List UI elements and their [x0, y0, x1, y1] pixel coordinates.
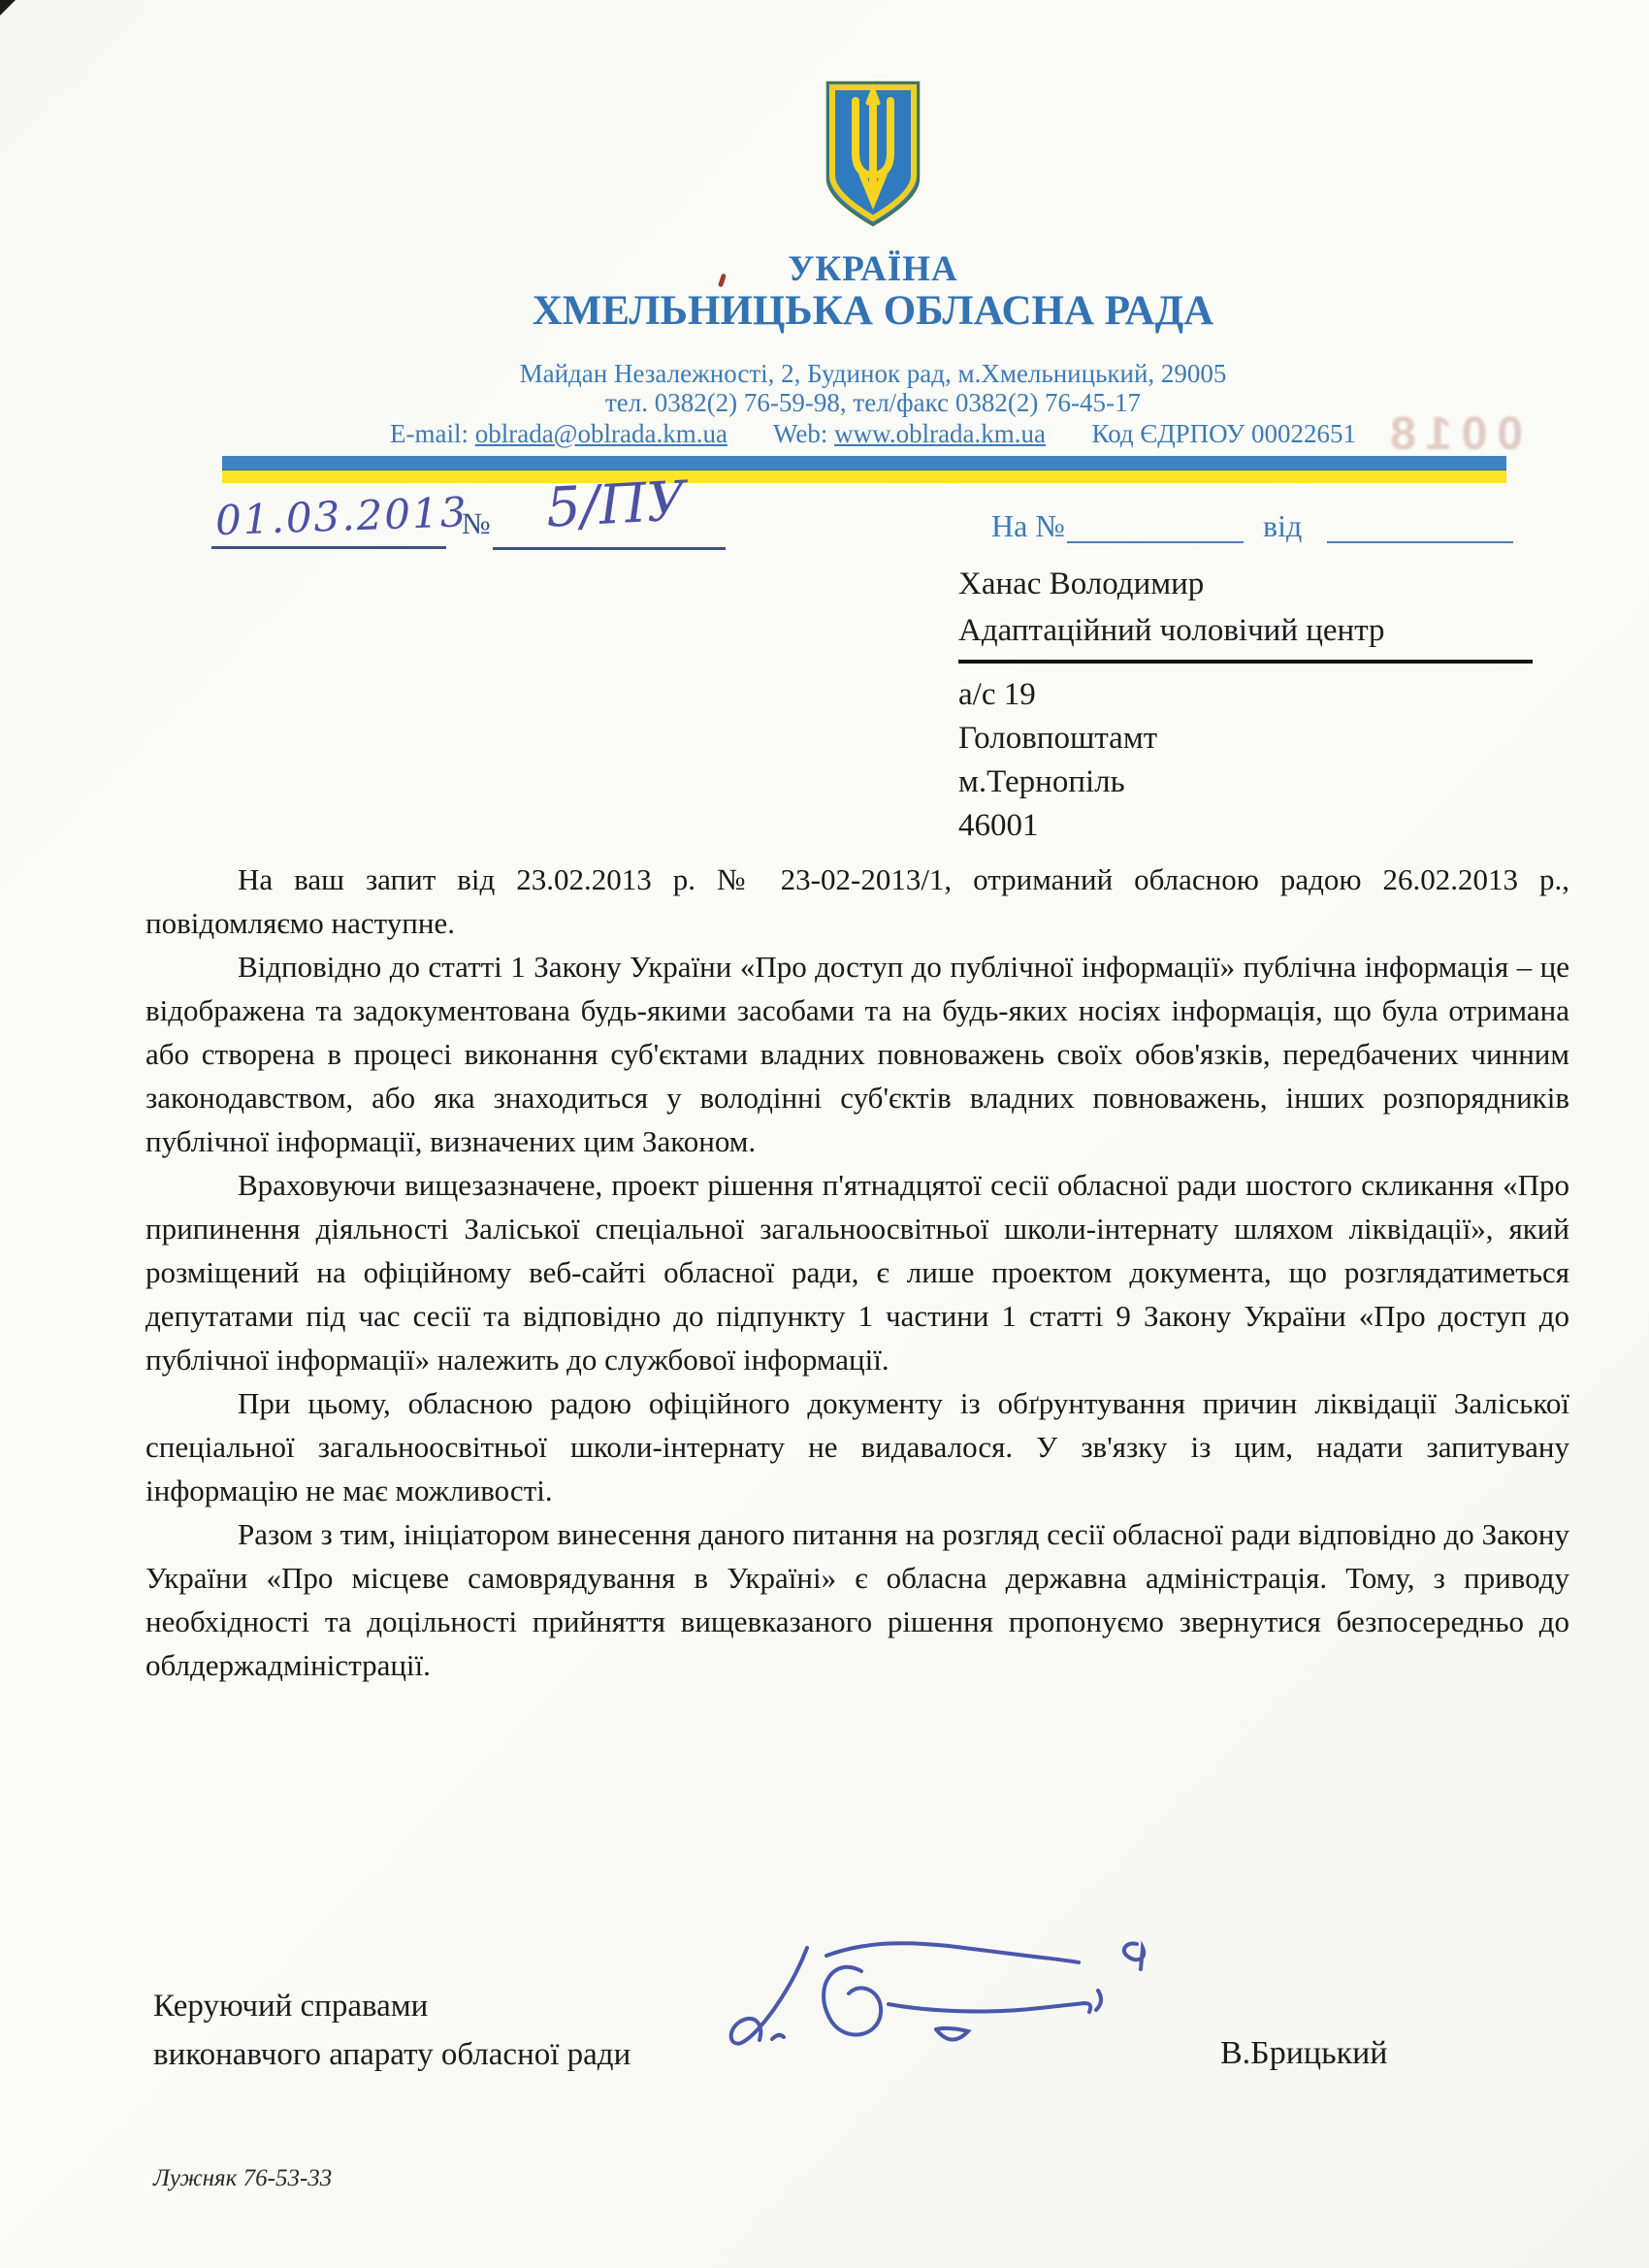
scan-corner-artifact — [0, 0, 16, 16]
recipient-divider-line — [958, 660, 1533, 664]
body-paragraph-1: На ваш запит від 23.02.2013 р. № 23-02-2… — [145, 858, 1569, 945]
handwritten-signature — [698, 1930, 1212, 2076]
flag-stripe-yellow-band — [222, 470, 1506, 483]
outgoing-number-underline — [493, 547, 726, 550]
incoming-number-underline — [1067, 541, 1244, 543]
web-address: www.oblrada.km.ua — [834, 419, 1046, 448]
body-paragraph-2: Відповідно до статті 1 Закону України «П… — [145, 945, 1569, 1163]
body-paragraph-3: Враховуючи вищезазначене, проект рішення… — [145, 1163, 1569, 1381]
body-paragraph-4: При цьому, обласною радою офіційного док… — [145, 1381, 1569, 1512]
web-label: Web: — [773, 419, 827, 448]
email-label: E-mail: — [390, 419, 469, 448]
recipient-city: м.Тернопіль — [958, 761, 1540, 804]
country-name: УКРАЇНА — [97, 248, 1649, 290]
number-sign: № — [462, 506, 491, 541]
letter-body: На ваш запит від 23.02.2013 р. № 23-02-2… — [145, 858, 1569, 1687]
recipient-organization: Адаптаційний чоловічий центр — [958, 607, 1540, 654]
recipient-postal-code: 46001 — [958, 804, 1540, 848]
incoming-date-label: від — [1263, 508, 1302, 544]
organization-name: ХМЕЛЬНИЦЬКА ОБЛАСНА РАДА — [97, 287, 1649, 335]
outgoing-date-underline — [211, 546, 446, 549]
incoming-date-underline — [1327, 541, 1513, 543]
body-paragraph-5: Разом з тим, ініціатором винесення даног… — [145, 1512, 1569, 1687]
recipient-post-office: Головпоштамт — [958, 717, 1540, 761]
recipient-block: Ханас Володимир Адаптаційний чоловічий ц… — [958, 561, 1540, 848]
outgoing-number-handwriting: 5/ПУ — [502, 468, 728, 542]
phone-line: тел. 0382(2) 76-59-98, тел/факс 0382(2) … — [97, 388, 1649, 418]
address-line: Майдан Незалежності, 2, Будинок рад, м.Х… — [97, 359, 1649, 389]
incoming-number-label: На № — [991, 508, 1065, 544]
recipient-po-box: а/с 19 — [958, 673, 1540, 717]
ukraine-trident-emblem-icon — [823, 78, 923, 231]
edrpou-code: Код ЄДРПОУ 00022651 — [1092, 419, 1356, 448]
outgoing-date-handwriting: 01.03.2013 — [214, 489, 449, 544]
email-address: oblrada@oblrada.km.ua — [475, 419, 727, 448]
scanned-letter-page: 0018 УКРАЇНА ХМЕЛЬНИЦЬКА ОБЛАСНА РАДА Ма… — [0, 0, 1649, 2268]
flag-stripe — [222, 456, 1506, 483]
contact-line: E-mail: oblrada@oblrada.km.ua Web: www.o… — [97, 419, 1649, 449]
signer-name: В.Брицький — [1220, 2035, 1388, 2072]
flag-stripe-blue-band — [222, 456, 1506, 470]
recipient-name: Ханас Володимир — [958, 561, 1540, 607]
executor-note: Лужняк 76-53-33 — [153, 2165, 332, 2192]
